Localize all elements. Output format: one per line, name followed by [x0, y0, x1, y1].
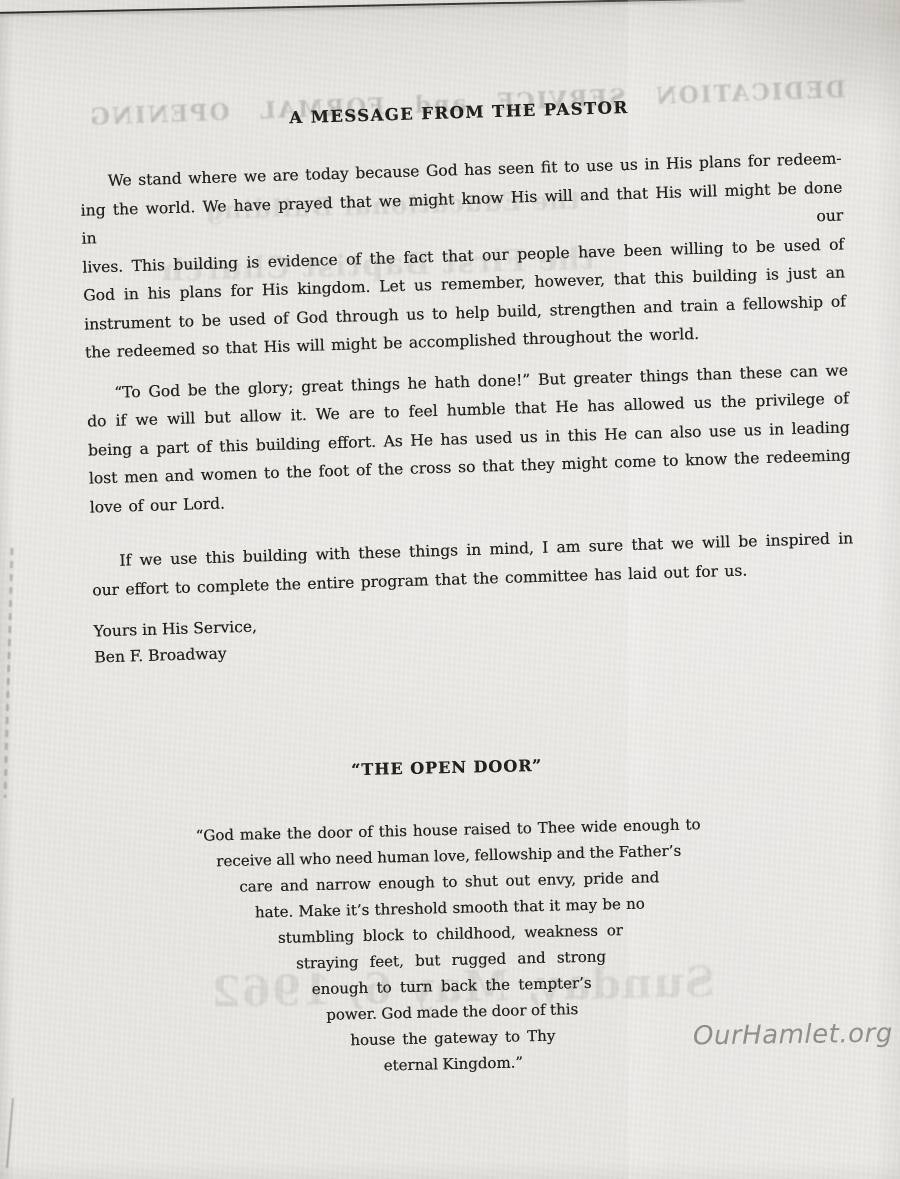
open-door-title: “THE OPEN DOOR”: [176, 752, 716, 783]
paragraph: “To God be the glory; great things he ha…: [86, 356, 852, 522]
open-door-poem: “God make the door of this house raised …: [178, 811, 724, 1083]
pastor-paragraphs: We stand where we are today because God …: [79, 144, 854, 604]
poem-line: eternal Kingdom.”: [377, 1049, 530, 1078]
paragraph: If we use this building with these thing…: [91, 524, 854, 604]
open-door-section: “THE OPEN DOOR” “God make the door of th…: [176, 752, 723, 1083]
pastor-message-section: A MESSAGE FROM THE PASTOR We stand where…: [78, 91, 857, 670]
watermark: OurHamlet.org: [693, 1019, 893, 1052]
scanner-background-wedge: [0, 0, 745, 15]
paragraph: We stand where we are today because God …: [79, 144, 847, 367]
torn-left-edge: [4, 548, 14, 798]
pastor-message-title: A MESSAGE FROM THE PASTOR: [78, 91, 840, 133]
torn-left-edge-bottom: [6, 1098, 14, 1168]
scanned-page: DEDICATION SERVICE and FORMAL OPENING th…: [0, 0, 900, 1179]
